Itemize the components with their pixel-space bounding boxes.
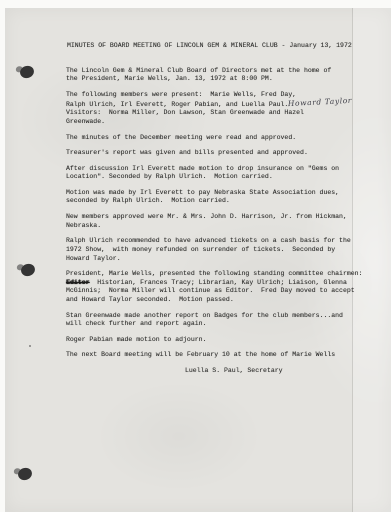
paper-sheet: MINUTES OF BOARD MEETING OF LINCOLN GEM … <box>5 8 391 512</box>
paragraph-next-meeting: The next Board meeting will be February … <box>66 351 371 360</box>
paragraph-december-minutes: The minutes of the December meeting were… <box>66 134 371 143</box>
paragraph-dues-motion: Motion was made by Irl Everett to pay Ne… <box>66 189 371 206</box>
paragraph-treasurers-report: Treasurer's report was given and bills p… <box>66 149 371 158</box>
paragraph-adjourn-motion: Roger Pabian made motion to adjourn. <box>66 336 371 345</box>
paragraph-committee-chairmen: President, Marie Wells, presented the fo… <box>66 270 371 305</box>
text-line: will check further and report again. <box>66 320 371 329</box>
struck-out-word: Editor <box>66 279 89 286</box>
text-line: President, Marie Wells, presented the fo… <box>66 270 371 279</box>
binder-hole-bottom <box>16 466 33 482</box>
document-content: MINUTES OF BOARD MEETING OF LINCOLN GEM … <box>5 8 391 376</box>
handwritten-annotation: Howard Taylor <box>288 96 353 108</box>
paragraph-meeting-intro: The Lincoln Gem & Mineral Club Board of … <box>66 67 371 84</box>
text-line: 1972 Show, with money refunded on surren… <box>66 246 371 255</box>
typed-text: Historian, Frances Tracy; Librarian, Kay… <box>89 279 346 286</box>
secretary-signature: Luella S. Paul, Secretary <box>185 367 371 376</box>
text-line: seconded by Ralph Ulrich. Motion carried… <box>66 197 371 206</box>
text-line: McGinnis; Norma Miller will continue as … <box>66 287 371 296</box>
text-line: Treasurer's report was given and bills p… <box>66 149 371 158</box>
text-line: New members approved were Mr. & Mrs. Joh… <box>66 213 371 222</box>
typed-text: Ralph Ulrich, Irl Everett, Roger Pabian,… <box>66 101 288 108</box>
scanned-document: MINUTES OF BOARD MEETING OF LINCOLN GEM … <box>0 0 391 512</box>
paragraph-badges-report: Stan Greenwade made another report on Ba… <box>66 312 371 329</box>
paragraph-insurance-motion: After discussion Irl Everett made motion… <box>66 165 371 182</box>
text-line: and Howard Taylor seconded. Motion passe… <box>66 296 371 305</box>
text-line: Visitors: Norma Miller, Don Lawson, Stan… <box>66 109 371 118</box>
text-line: the President, Marie Wells, Jan. 13, 197… <box>66 75 371 84</box>
text-line: The minutes of the December meeting were… <box>66 134 371 143</box>
document-title: MINUTES OF BOARD MEETING OF LINCOLN GEM … <box>67 42 371 51</box>
paragraph-new-members: New members approved were Mr. & Mrs. Joh… <box>66 213 371 230</box>
paragraph-advanced-tickets: Ralph Ulrich recommended to have advance… <box>66 237 371 263</box>
paragraph-members-present: The following members were present: Mari… <box>66 91 371 127</box>
text-line: Location". Seconded by Ralph Ulrich. Mot… <box>66 173 371 182</box>
text-line: Ralph Ulrich recommended to have advance… <box>66 237 371 246</box>
text-line-with-annotation: Ralph Ulrich, Irl Everett, Roger Pabian,… <box>66 100 371 110</box>
text-line: The next Board meeting will be February … <box>66 351 371 360</box>
text-line: Greenwade. <box>66 118 371 127</box>
paper-speck <box>29 345 31 347</box>
text-line: Roger Pabian made motion to adjourn. <box>66 336 371 345</box>
text-line: Nebraska. <box>66 222 371 231</box>
text-line: After discussion Irl Everett made motion… <box>66 165 371 174</box>
text-line: Howard Taylor. <box>66 255 371 264</box>
